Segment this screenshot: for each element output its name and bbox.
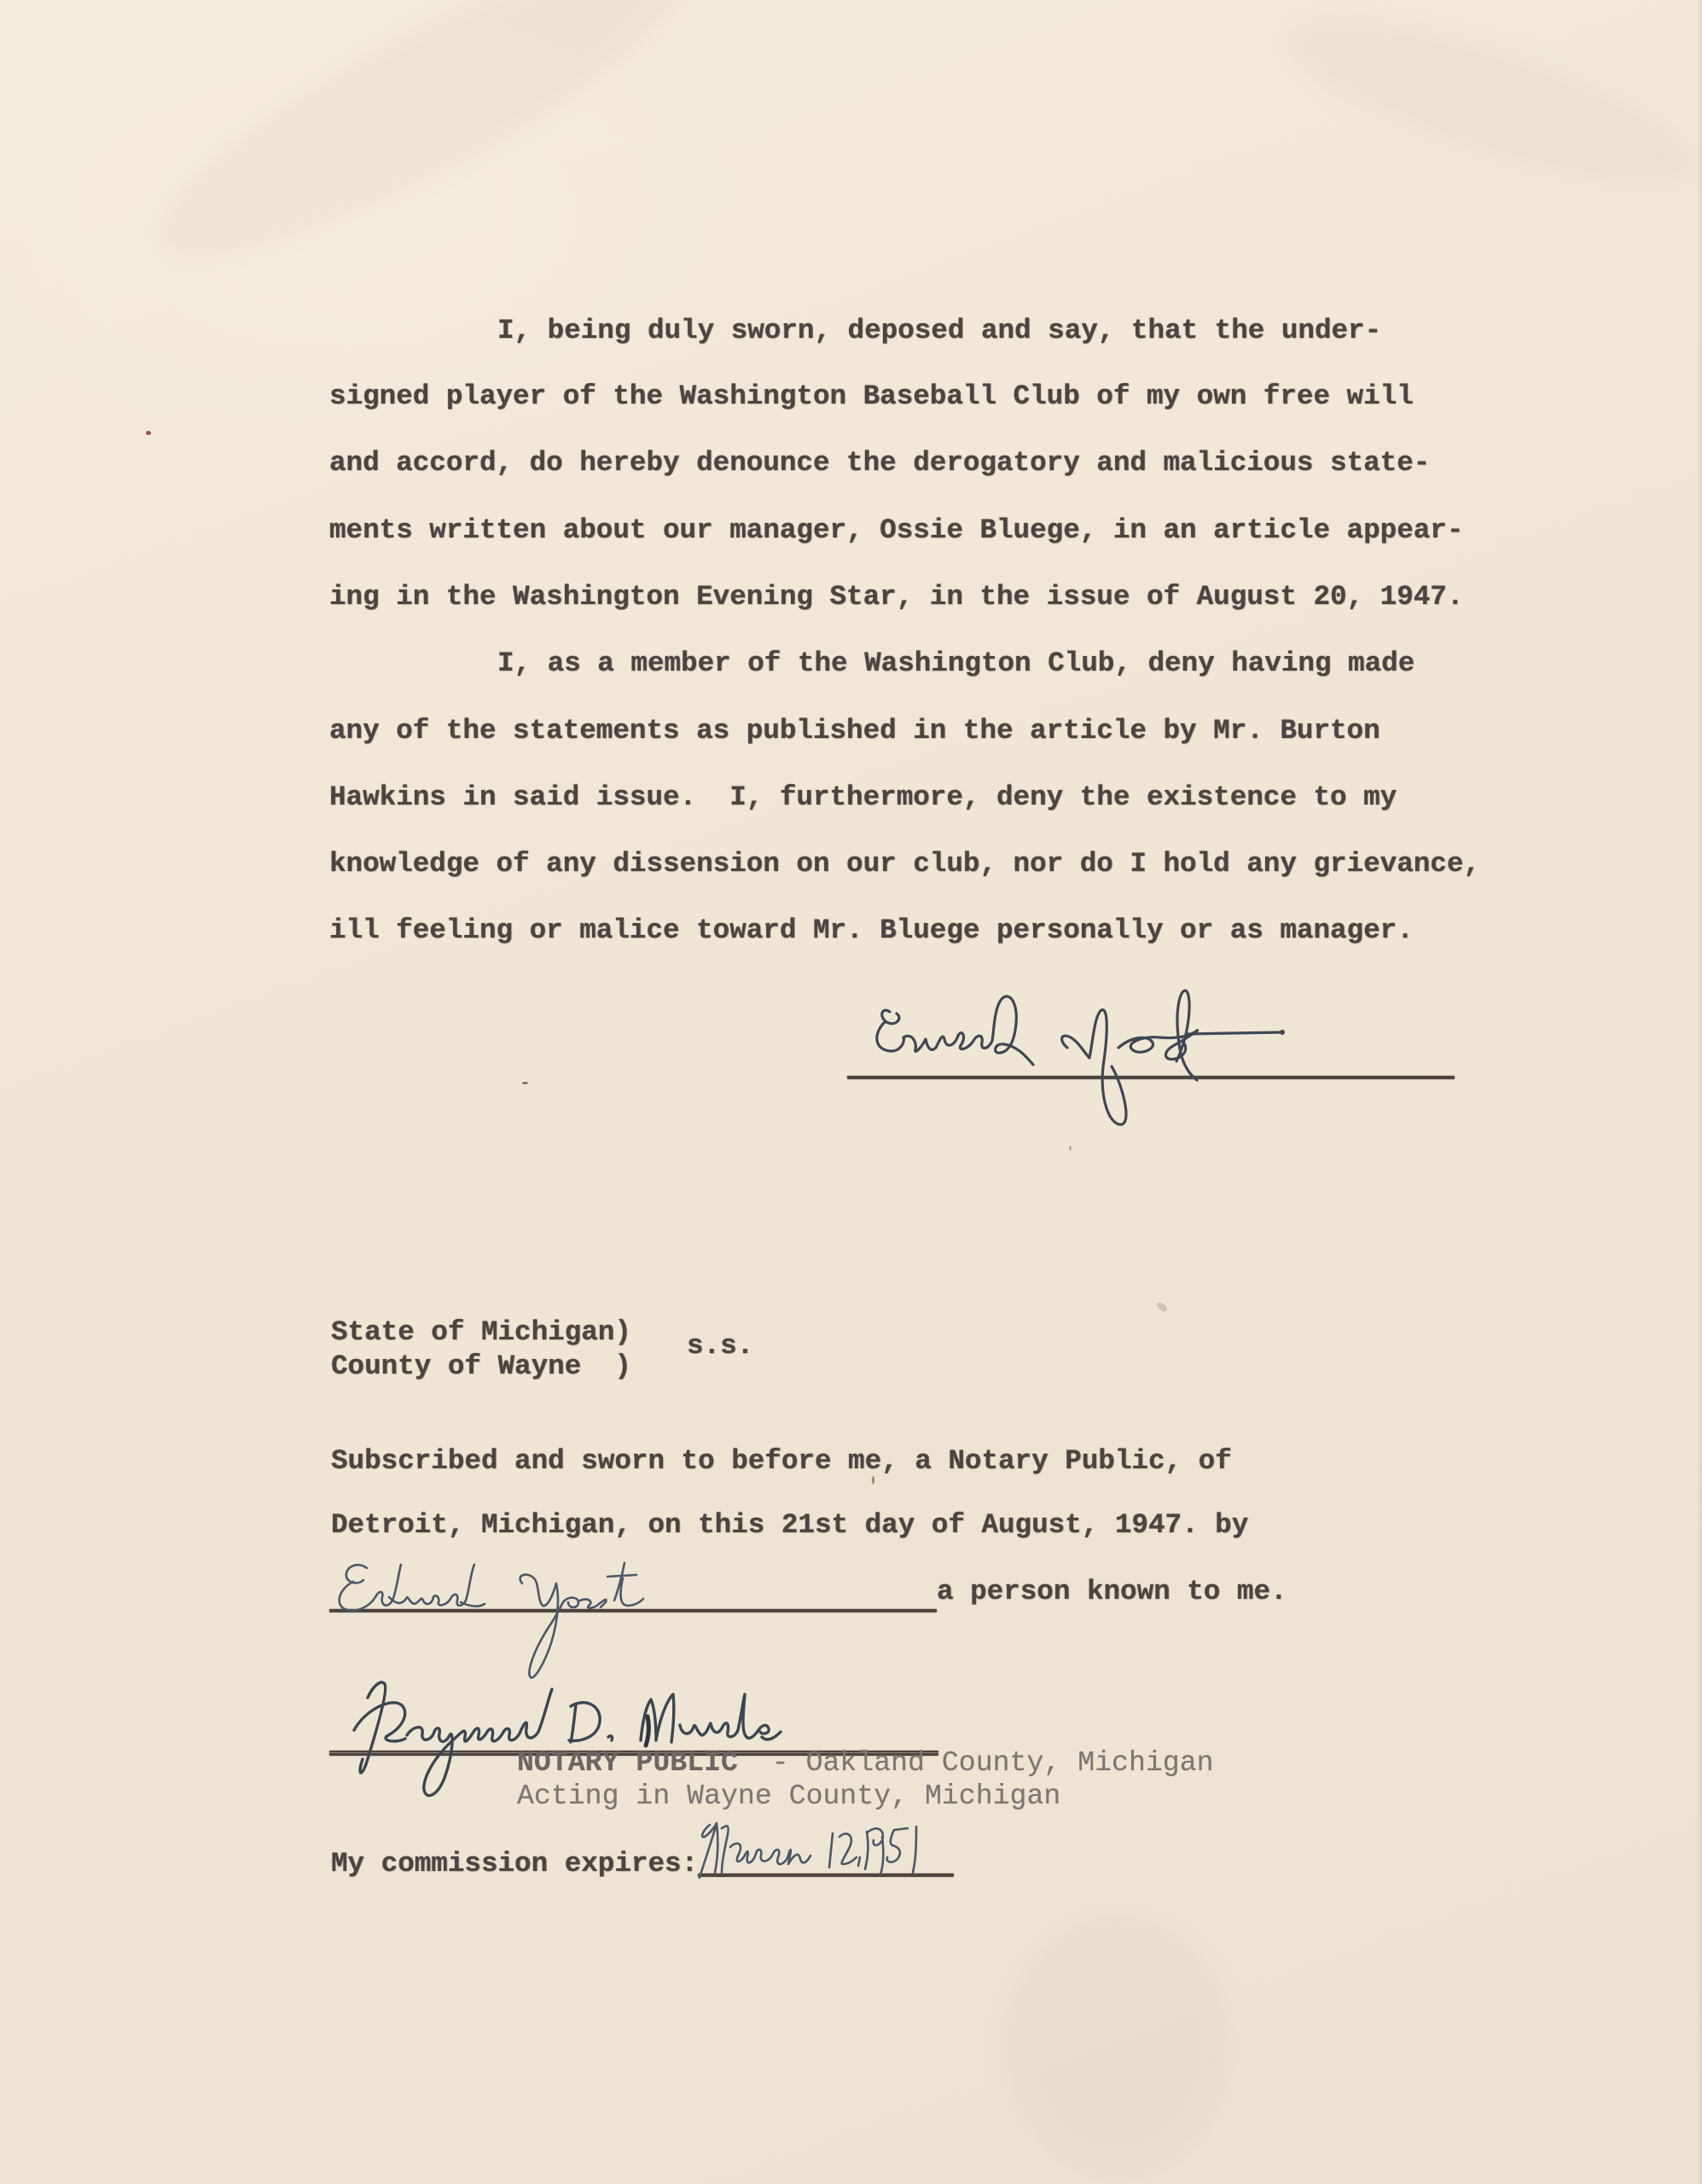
handwritten-name-icon — [333, 1553, 776, 1681]
paper-crease — [1007, 1920, 1229, 2175]
notary-title-rest: - Oakland County, Michigan — [738, 1746, 1214, 1779]
body-text-line: any of the statements as published in th… — [329, 714, 1380, 748]
jurat-text-line: Subscribed and sworn to before me, a Not… — [331, 1444, 1232, 1478]
ink-speck — [522, 1082, 528, 1084]
handwritten-date-icon — [693, 1813, 1017, 1890]
notary-acting-line: Acting in Wayne County, Michigan — [517, 1779, 1060, 1813]
body-text-line: Hawkins in said issue. I, furthermore, d… — [329, 781, 1397, 815]
notary-title-line: NOTARY PUBLIC - Oakland County, Michigan — [517, 1745, 1214, 1780]
commission-date-handwritten — [693, 1813, 1017, 1890]
notary-title-bold: NOTARY PUBLIC — [517, 1746, 738, 1779]
ink-speck — [146, 431, 151, 435]
paper-edge — [1697, 0, 1702, 2184]
jurat-text-line: Detroit, Michigan, on this 21st day of A… — [331, 1508, 1248, 1542]
affiant-name-handwritten — [333, 1553, 776, 1681]
body-text-line: I, as a member of the Washington Club, d… — [497, 647, 1414, 681]
body-text-line: knowledge of any dissension on our club,… — [329, 847, 1480, 881]
body-text-line: signed player of the Washington Baseball… — [329, 380, 1414, 414]
commission-label: My commission expires: — [331, 1847, 698, 1881]
body-text-line: and accord, do hereby denounce the derog… — [329, 446, 1430, 480]
affiant-signature — [866, 981, 1412, 1135]
handwritten-signature-icon — [866, 981, 1412, 1135]
body-text-line: ing in the Washington Evening Star, in t… — [329, 580, 1463, 614]
venue-county-line: County of Wayne ) — [331, 1350, 631, 1384]
body-text-line: I, being duly sworn, deposed and say, th… — [497, 314, 1381, 348]
body-text-line: ill feeling or malice toward Mr. Bluege … — [329, 914, 1414, 948]
venue-state-line: State of Michigan) — [331, 1316, 631, 1350]
person-known-text: a person known to me. — [937, 1575, 1287, 1609]
venue-ss: s.s. — [687, 1329, 753, 1363]
body-text-line: ments written about our manager, Ossie B… — [329, 514, 1463, 548]
ink-speck — [1069, 1146, 1072, 1151]
